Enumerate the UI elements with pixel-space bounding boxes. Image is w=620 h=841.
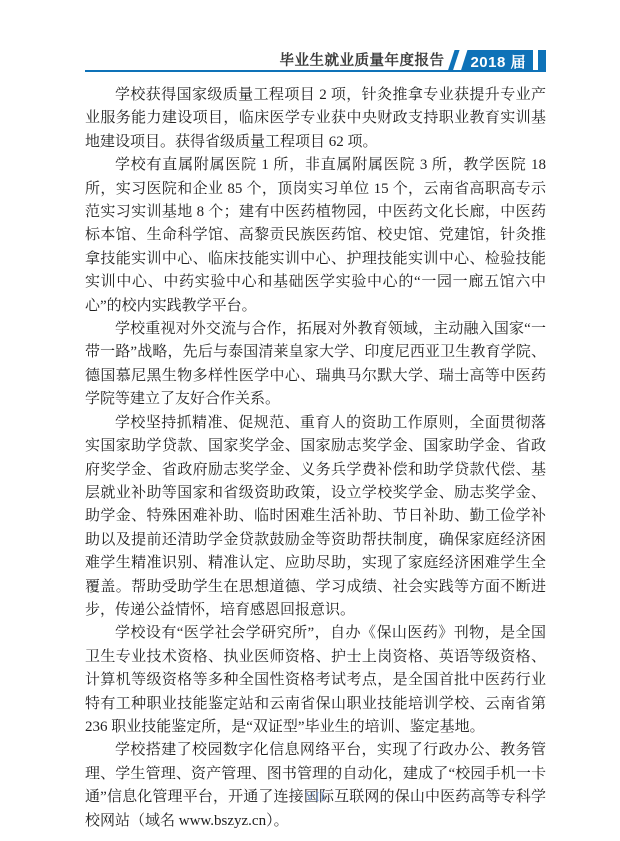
report-title: 毕业生就业质量年度报告 [279,54,444,75]
body-paragraph-1: 学校获得国家级质量工程项目 2 项，针灸推拿专业获提升专业产业服务能力建设项目，… [85,84,546,154]
year-badge-label: 2018 届 [470,51,526,72]
year-badge: 2018 届 [460,50,533,72]
document-page: 毕业生就业质量年度报告 2018 届 学校获得国家级质量工程项目 2 项，针灸推… [0,0,620,841]
body-paragraph-2: 学校有直属附属医院 1 所，非直属附属医院 3 所，教学医院 18 所，实习医院… [85,154,546,318]
page-footer: VII [85,788,546,806]
slash-decoration-icon [448,50,460,72]
body-paragraph-4: 学校坚持抓精准、促规范、重育人的资助工作原则，全面贯彻落实国家助学贷款、国家奖学… [85,412,546,623]
edge-bar-decoration [538,50,546,72]
page-number: VII [305,790,325,804]
body-paragraph-5: 学校设有“医学社会学研究所”，自办《保山医药》刊物，是全国卫生专业技术资格、执业… [85,622,546,739]
header-row: 毕业生就业质量年度报告 2018 届 [279,48,546,74]
body-paragraph-6: 学校搭建了校园数字化信息网络平台，实现了行政办公、教务管理、学生管理、资产管理、… [85,739,546,833]
document-body: 学校获得国家级质量工程项目 2 项，针灸推拿专业获提升专业产业服务能力建设项目，… [85,84,546,833]
page-header: 毕业生就业质量年度报告 2018 届 [85,48,546,74]
body-paragraph-3: 学校重视对外交流与合作，拓展对外教育领域，主动融入国家“一带一路”战略，先后与泰… [85,318,546,412]
